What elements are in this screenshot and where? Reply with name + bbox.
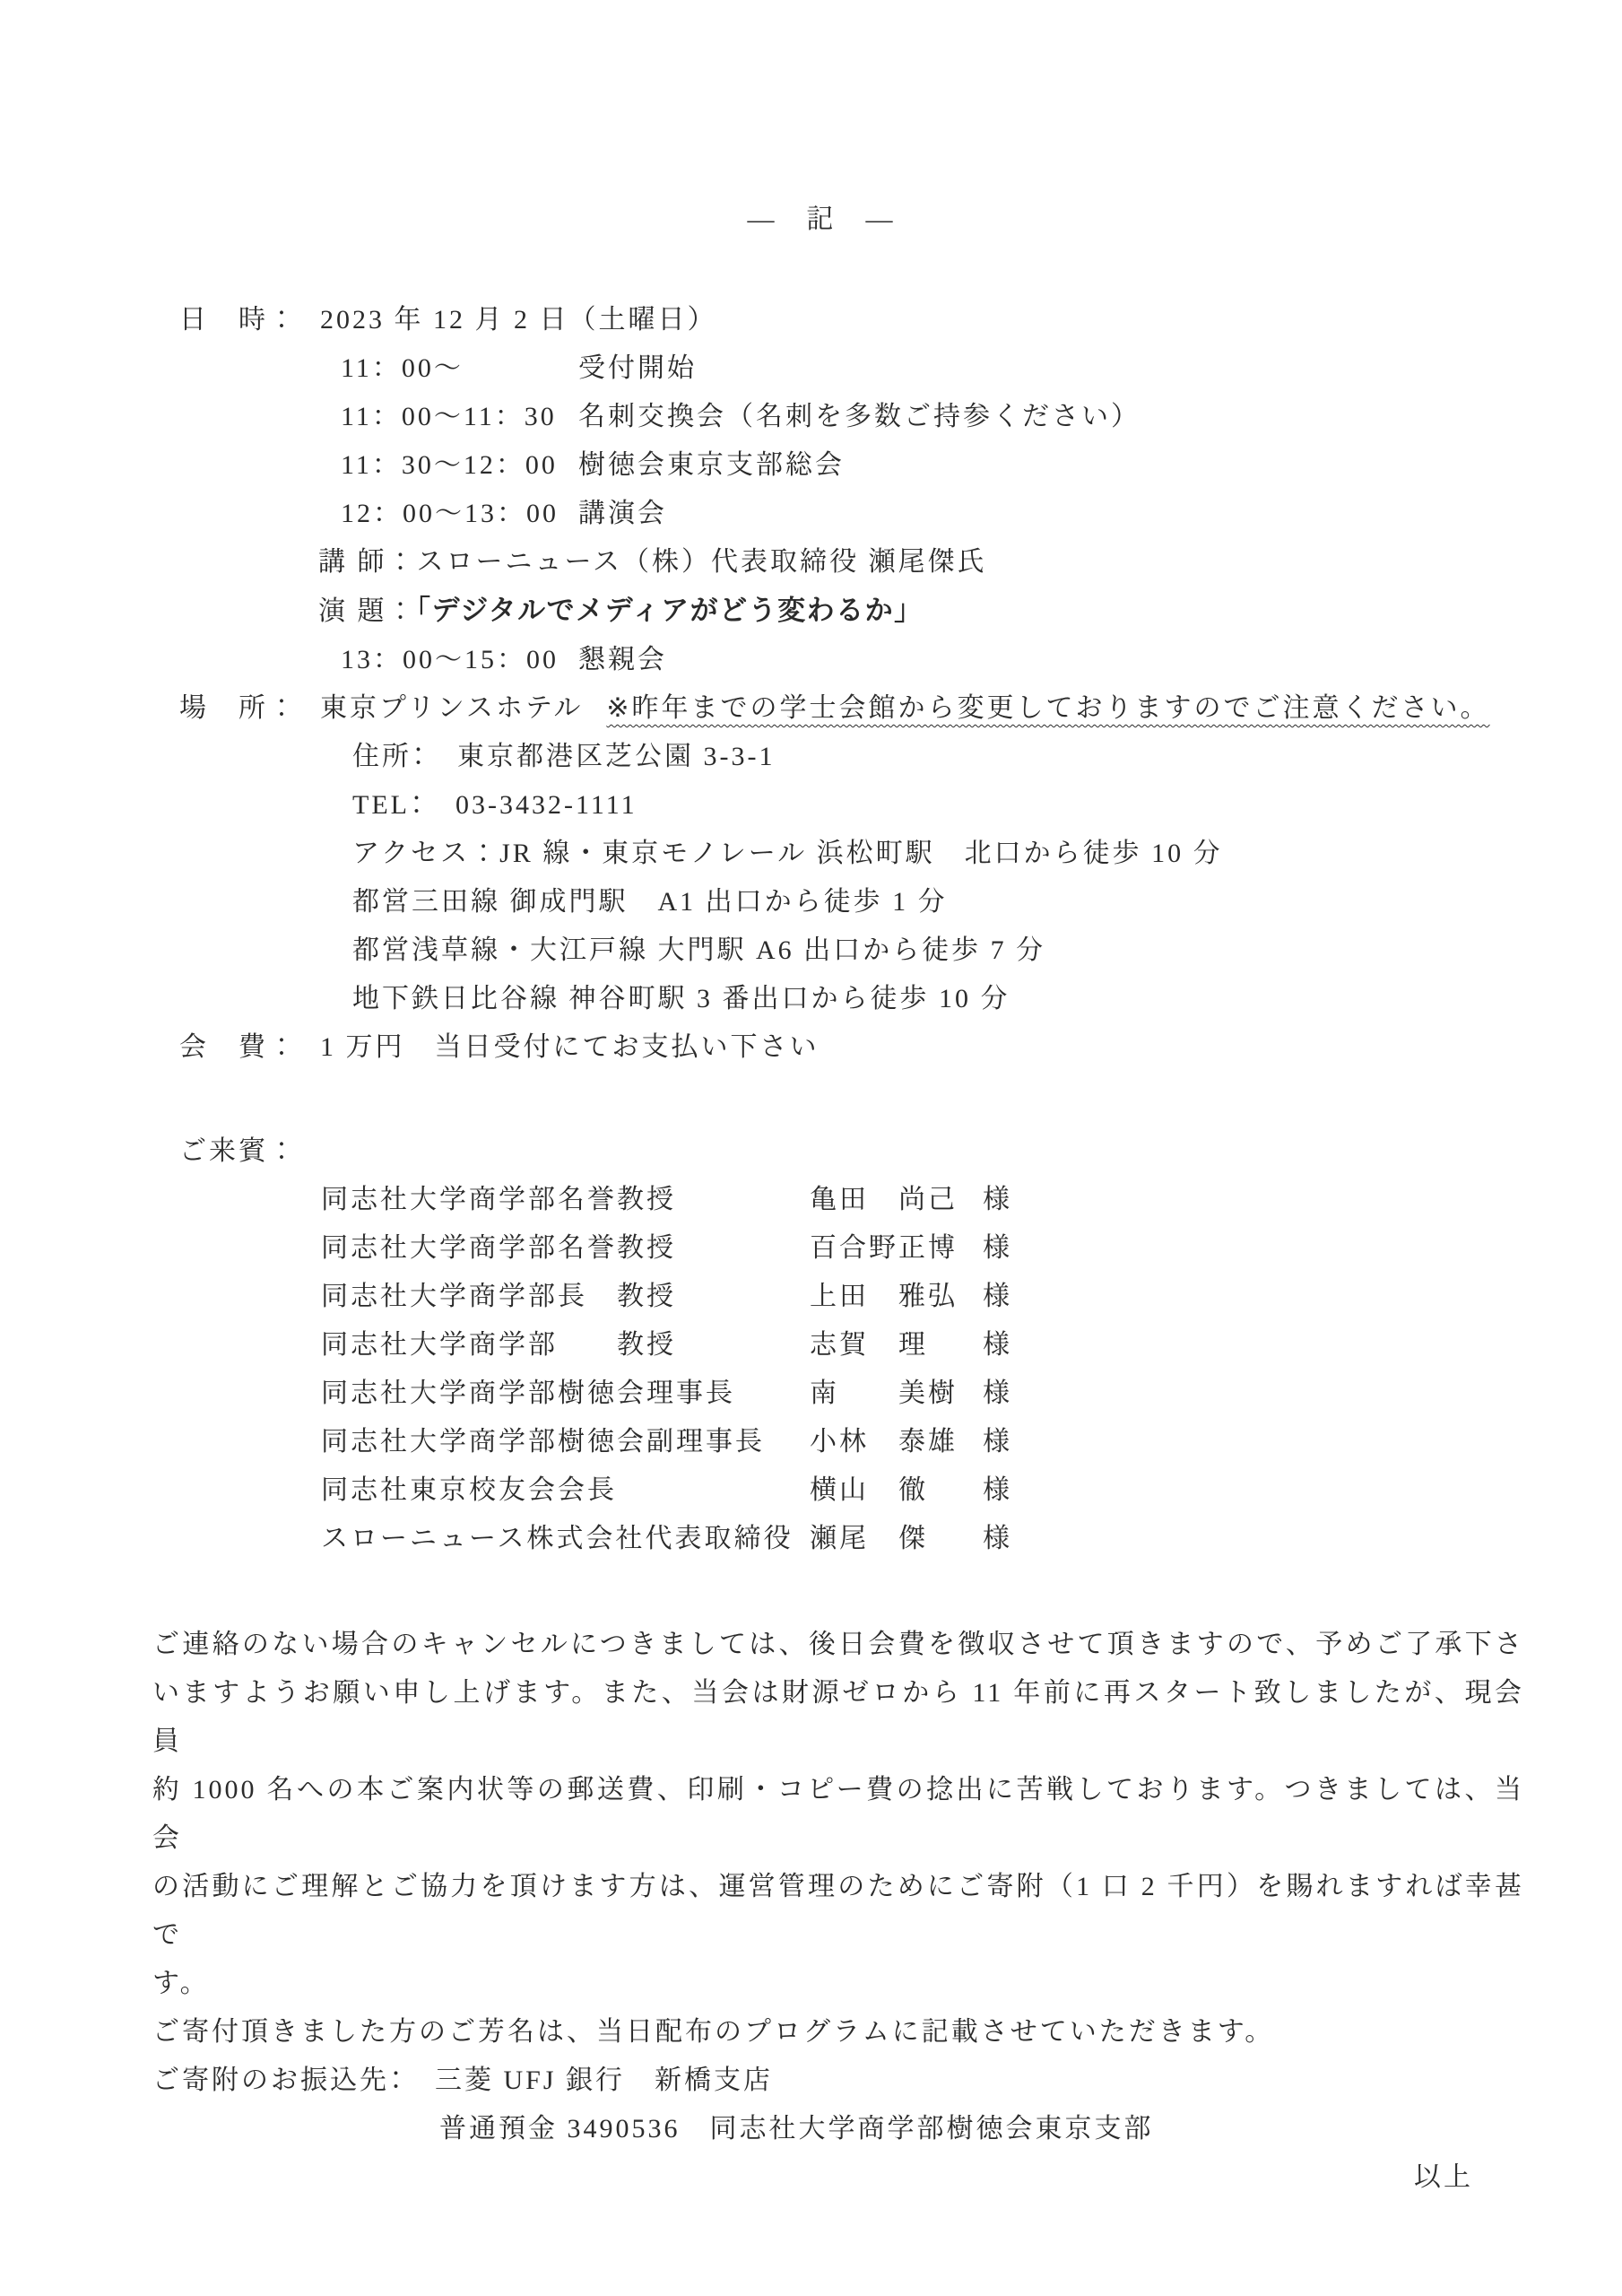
party-row: 13：00～15：00 懇親会 xyxy=(341,636,1524,684)
guest-honorific: 様 xyxy=(983,1176,1012,1224)
lecturer-label: 講 師： xyxy=(318,547,417,577)
schedule-desc: 講演会 xyxy=(578,490,667,538)
guest-name: 瀬尾 傑 xyxy=(810,1515,983,1563)
guest-title: 同志社大学商学部名誉教授 xyxy=(321,1176,810,1224)
schedule-time: 12：00～13：00 xyxy=(341,490,578,538)
guest-honorific: 様 xyxy=(983,1466,1012,1515)
schedule-desc: 樹徳会東京支部総会 xyxy=(578,441,845,490)
schedule-time: 11：00～11：30 xyxy=(341,393,578,441)
schedule-time: 11：00～ xyxy=(341,344,578,393)
datetime-value: 2023 年 12 月 2 日（土曜日） xyxy=(320,296,1524,344)
schedule-desc: 受付開始 xyxy=(578,344,697,393)
fee-row: 会 費： 1 万円 当日受付にてお支払い下さい xyxy=(179,1023,1524,1072)
guest-name: 横山 徹 xyxy=(810,1466,983,1515)
event-info-section: 日 時： 2023 年 12 月 2 日（土曜日） 11：00～ 受付開始 11… xyxy=(152,296,1524,1072)
guest-row: 同志社大学商学部樹徳会理事長 南 美樹 様 xyxy=(321,1370,1524,1418)
note-line: ご連絡のない場合のキャンセルにつきましては、後日会費を徴収させて頂きますので、予… xyxy=(152,1621,1524,1669)
note-line: ご寄付頂きました方のご芳名は、当日配布のプログラムに記載させていただきます。 xyxy=(152,2008,1524,2057)
guest-honorific: 様 xyxy=(983,1273,1012,1321)
schedule-row: 11：00～11：30 名刺交換会（名刺を多数ご持参ください） xyxy=(341,393,1524,441)
place-label: 場 所： xyxy=(179,684,320,733)
guests-label: ご来賓： xyxy=(179,1127,1524,1176)
place-detail-line: 都営浅草線・大江戸線 大門駅 A6 出口から徒歩 7 分 xyxy=(352,926,1524,975)
schedule-desc: 名刺交換会（名刺を多数ご持参ください） xyxy=(578,393,1141,441)
note-line: の活動にご理解とご協力を頂けます方は、運営管理のためにご寄附（1 口 2 千円）… xyxy=(152,1863,1524,1960)
guest-row: 同志社大学商学部長 教授 上田 雅弘 様 xyxy=(321,1273,1524,1321)
note-line: いますようお願い申し上げます。また、当会は財源ゼロから 11 年前に再スタート致… xyxy=(152,1669,1524,1766)
lecturer-row: 講 師：スローニュース（株）代表取締役 瀬尾傑氏 xyxy=(318,538,1524,587)
guest-honorific: 様 xyxy=(983,1418,1012,1466)
guest-name: 南 美樹 xyxy=(810,1370,983,1418)
bank-line: ご寄附のお振込先： 三菱 UFJ 銀行 新橋支店 xyxy=(152,2057,1524,2105)
datetime-label: 日 時： xyxy=(179,296,320,344)
guests-section: ご来賓： 同志社大学商学部名誉教授 亀田 尚己 様 同志社大学商学部名誉教授 百… xyxy=(152,1127,1524,1563)
guest-honorific: 様 xyxy=(983,1515,1012,1563)
guest-title: 同志社大学商学部樹徳会副理事長 xyxy=(321,1418,810,1466)
guest-title: 同志社大学商学部樹徳会理事長 xyxy=(321,1370,810,1418)
place-change-notice: ※昨年までの学士会館から変更しておりますのでご注意ください。 xyxy=(606,693,1489,723)
place-value: 東京プリンスホテル※昨年までの学士会館から変更しておりますのでご注意ください。 xyxy=(320,684,1524,733)
schedule-row: 12：00～13：00 講演会 xyxy=(341,490,1524,538)
party-desc: 懇親会 xyxy=(578,636,667,684)
datetime-row: 日 時： 2023 年 12 月 2 日（土曜日） xyxy=(179,296,1524,344)
guest-title: 同志社東京校友会会長 xyxy=(321,1466,810,1515)
guest-honorific: 様 xyxy=(983,1321,1012,1370)
guest-honorific: 様 xyxy=(983,1370,1012,1418)
note-line: 約 1000 名への本ご案内状等の郵送費、印刷・コピー費の捻出に苦戦しております… xyxy=(152,1766,1524,1863)
guest-row: 同志社大学商学部名誉教授 百合野正博 様 xyxy=(321,1224,1524,1273)
guest-honorific: 様 xyxy=(983,1224,1012,1273)
schedule-time: 11：30～12：00 xyxy=(341,441,578,490)
guest-name: 小林 泰雄 xyxy=(810,1418,983,1466)
schedule-row: 11：00～ 受付開始 xyxy=(341,344,1524,393)
guest-title: 同志社大学商学部長 教授 xyxy=(321,1273,810,1321)
guest-name: 上田 雅弘 xyxy=(810,1273,983,1321)
account-line: 普通預金 3490536 同志社大学商学部樹徳会東京支部 xyxy=(439,2105,1524,2153)
lecture-title-value: 「デジタルでメディアがどう変わるか」 xyxy=(417,595,924,626)
lecturer-value: スローニュース（株）代表取締役 瀬尾傑氏 xyxy=(417,547,987,577)
guest-title: 同志社大学商学部名誉教授 xyxy=(321,1224,810,1273)
guest-title: スローニュース株式会社代表取締役 xyxy=(321,1515,810,1563)
doc-heading: ― 記 ― xyxy=(152,196,1490,244)
lecture-title-label: 演 題： xyxy=(318,596,417,626)
place-detail-line: アクセス：JR 線・東京モノレール 浜松町駅 北口から徒歩 10 分 xyxy=(352,830,1524,878)
place-detail-line: TEL： 03-3432-1111 xyxy=(352,781,1524,830)
schedule-row: 11：30～12：00 樹徳会東京支部総会 xyxy=(341,441,1524,490)
guest-row: 同志社大学商学部名誉教授 亀田 尚己 様 xyxy=(321,1176,1524,1224)
notes-section: ご連絡のない場合のキャンセルにつきましては、後日会費を徴収させて頂きますので、予… xyxy=(152,1621,1524,2153)
fee-label: 会 費： xyxy=(179,1023,320,1072)
note-line: す。 xyxy=(152,1960,1524,2008)
place-detail-line: 住所： 東京都港区芝公園 3-3-1 xyxy=(352,733,1524,781)
place-detail-line: 地下鉄日比谷線 神谷町駅 3 番出口から徒歩 10 分 xyxy=(352,975,1524,1023)
place-hotel-name: 東京プリンスホテル xyxy=(320,693,583,723)
guest-row: 同志社東京校友会会長 横山 徹 様 xyxy=(321,1466,1524,1515)
guest-row: 同志社大学商学部 教授 志賀 理 様 xyxy=(321,1321,1524,1370)
place-detail-line: 都営三田線 御成門駅 A1 出口から徒歩 1 分 xyxy=(352,878,1524,926)
document-page: ― 記 ― 日 時： 2023 年 12 月 2 日（土曜日） 11：00～ 受… xyxy=(0,0,1622,2296)
guest-name: 百合野正博 xyxy=(810,1224,983,1273)
closing-mark: 以上 xyxy=(152,2153,1524,2202)
fee-value: 1 万円 当日受付にてお支払い下さい xyxy=(320,1023,1524,1072)
guest-row: スローニュース株式会社代表取締役 瀬尾 傑 様 xyxy=(321,1515,1524,1563)
guest-name: 亀田 尚己 xyxy=(810,1176,983,1224)
guest-row: 同志社大学商学部樹徳会副理事長 小林 泰雄 様 xyxy=(321,1418,1524,1466)
place-row: 場 所： 東京プリンスホテル※昨年までの学士会館から変更しておりますのでご注意く… xyxy=(179,684,1524,733)
party-time: 13：00～15：00 xyxy=(341,636,578,684)
guest-title: 同志社大学商学部 教授 xyxy=(321,1321,810,1370)
guest-name: 志賀 理 xyxy=(810,1321,983,1370)
lecture-title-row: 演 題：「デジタルでメディアがどう変わるか」 xyxy=(318,587,1524,636)
